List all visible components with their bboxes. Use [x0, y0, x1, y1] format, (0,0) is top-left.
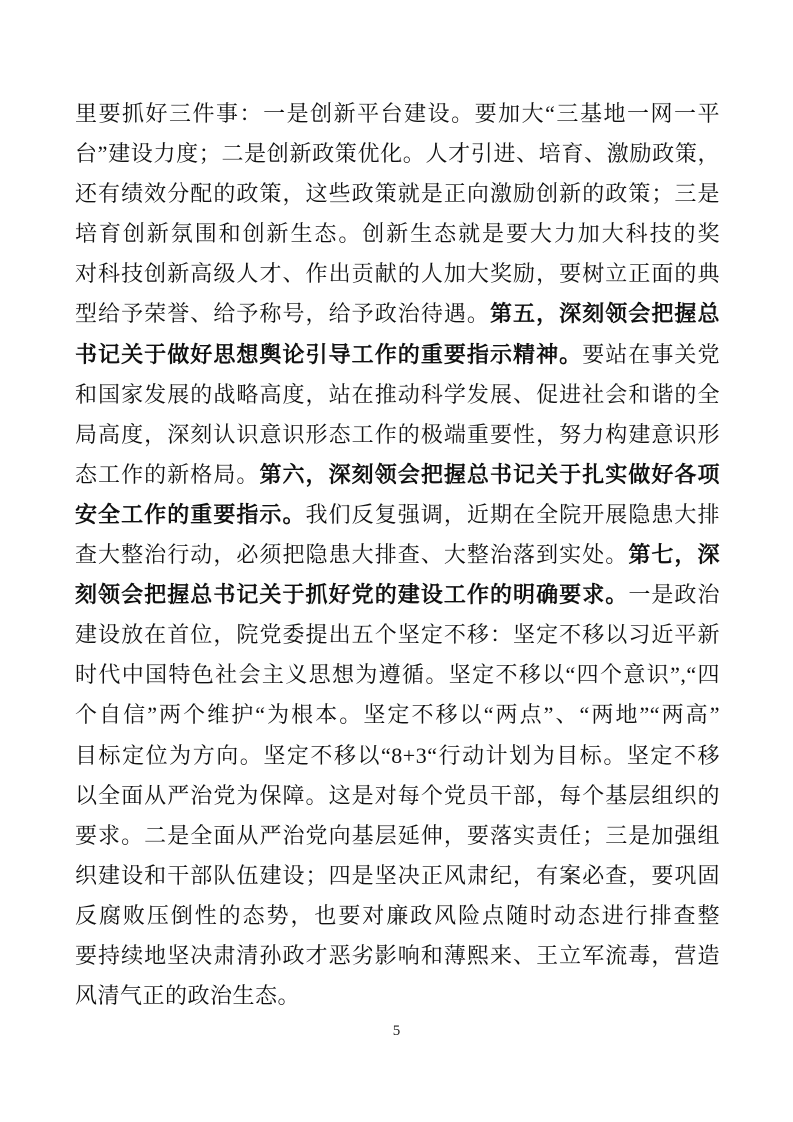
text-line: 里要抓好三件事：一是创新平台建设。要加大“三基地一网一平: [75, 94, 720, 134]
text-segment: 局高度，深刻认识意识形态工作的极端重要性，努力构建意识形: [75, 422, 720, 447]
text-segment: 一是政治: [628, 582, 720, 607]
text-line: 安全工作的重要指示。我们反复强调，近期在全院开展隐患大排: [75, 495, 720, 535]
text-segment: 建设放在首位，院党委提出五个坚定不移：坚定不移以习近平新: [75, 622, 720, 647]
document-page: 里要抓好三件事：一是创新平台建设。要加大“三基地一网一平台”建设力度；二是创新政…: [0, 0, 793, 1122]
text-line: 对科技创新高级人才、作出贡献的人加大奖励，要树立正面的典: [75, 254, 720, 294]
text-line: 要求。二是全面从严治党向基层延伸，要落实责任；三是加强组: [75, 816, 720, 856]
text-line: 目标定位为方向。坚定不移以“8+3“行动计划为目标。坚定不移: [75, 736, 720, 776]
text-segment: 我们反复强调，近期在全院开展隐患大排: [306, 502, 720, 527]
text-line: 建设放在首位，院党委提出五个坚定不移：坚定不移以习近平新: [75, 615, 720, 655]
text-line: 刻领会把握总书记关于抓好党的建设工作的明确要求。一是政治: [75, 575, 720, 615]
text-segment: 时代中国特色社会主义思想为遵循。坚定不移以“四个意识”,“四: [75, 662, 720, 687]
text-segment: 反腐败压倒性的态势，也要对廉政风险点随时动态进行排查整治，: [75, 903, 720, 936]
text-segment: 个自信”两个维护“为根本。坚定不移以“两点”、“两地”“两高”: [75, 702, 720, 727]
text-line: 态工作的新格局。第六，深刻领会把握总书记关于扎实做好各项: [75, 455, 720, 495]
text-segment: 和国家发展的战略高度，站在推动科学发展、促进社会和谐的全: [75, 382, 720, 407]
text-segment-bold: 书记关于做好思想舆论引导工作的重要指示精神。: [75, 342, 582, 367]
text-line: 台”建设力度；二是创新政策优化。人才引进、培育、激励政策，: [75, 134, 720, 174]
text-segment: 目标定位为方向。坚定不移以“8+3“行动计划为目标。坚定不移: [75, 743, 720, 768]
text-line: 反腐败压倒性的态势，也要对廉政风险点随时动态进行排查整治，: [75, 896, 720, 936]
text-segment: 以全面从严治党为保障。这是对每个党员干部，每个基层组织的: [75, 783, 720, 808]
page-number: 5: [393, 1023, 401, 1039]
text-line: 个自信”两个维护“为根本。坚定不移以“两点”、“两地”“两高”: [75, 695, 720, 735]
text-segment: 风清气正的政治生态。: [75, 983, 300, 1008]
text-segment: 要持续地坚决肃清孙政才恶劣影响和薄熙来、王立军流毒，营造: [75, 943, 720, 968]
text-segment: 里要抓好三件事：一是创新平台建设。要加大“三基地一网一平: [75, 101, 720, 126]
text-line: 要持续地坚决肃清孙政才恶劣影响和薄熙来、王立军流毒，营造: [75, 936, 720, 976]
text-segment: 要求。二是全面从严治党向基层延伸，要落实责任；三是加强组: [75, 823, 720, 848]
text-line: 风清气正的政治生态。: [75, 976, 720, 1016]
text-segment-bold: 刻领会把握总书记关于抓好党的建设工作的明确要求。: [75, 582, 628, 607]
text-segment: 型给予荣誉、给予称号，给予政治待遇。: [75, 301, 490, 326]
text-segment: 培育创新氛围和创新生态。创新生态就是要大力加大科技的奖励，: [75, 221, 720, 254]
text-line: 还有绩效分配的政策，这些政策就是正向激励创新的政策；三是: [75, 174, 720, 214]
text-line: 时代中国特色社会主义思想为遵循。坚定不移以“四个意识”,“四: [75, 655, 720, 695]
text-line: 培育创新氛围和创新生态。创新生态就是要大力加大科技的奖励，: [75, 214, 720, 254]
text-segment: 还有绩效分配的政策，这些政策就是正向激励创新的政策；三是: [75, 181, 720, 206]
text-segment-bold: 第六，深刻领会把握总书记关于扎实做好各项: [259, 462, 720, 487]
text-segment-bold: 安全工作的重要指示。: [75, 502, 306, 527]
text-line: 以全面从严治党为保障。这是对每个党员干部，每个基层组织的: [75, 776, 720, 816]
text-segment: 台”建设力度；二是创新政策优化。人才引进、培育、激励政策，: [75, 141, 720, 166]
text-segment-bold: 第七，深: [628, 542, 720, 567]
text-line: 型给予荣誉、给予称号，给予政治待遇。第五，深刻领会把握总: [75, 294, 720, 334]
page-footer: 5: [0, 1022, 793, 1040]
text-segment-bold: 第五，深刻领会把握总: [490, 301, 720, 326]
text-line: 和国家发展的战略高度，站在推动科学发展、促进社会和谐的全: [75, 375, 720, 415]
text-line: 书记关于做好思想舆论引导工作的重要指示精神。要站在事关党: [75, 335, 720, 375]
text-segment: 态工作的新格局。: [75, 462, 259, 487]
text-segment: 查大整治行动，必须把隐患大排查、大整治落到实处。: [75, 542, 628, 567]
text-segment: 织建设和干部队伍建设；四是坚决正风肃纪，有案必查，要巩固: [75, 863, 720, 888]
text-line: 局高度，深刻认识意识形态工作的极端重要性，努力构建意识形: [75, 415, 720, 455]
document-body: 里要抓好三件事：一是创新平台建设。要加大“三基地一网一平台”建设力度；二是创新政…: [75, 94, 720, 1016]
text-line: 查大整治行动，必须把隐患大排查、大整治落到实处。第七，深: [75, 535, 720, 575]
text-line: 织建设和干部队伍建设；四是坚决正风肃纪，有案必查，要巩固: [75, 856, 720, 896]
text-segment: 要站在事关党: [582, 342, 720, 367]
text-segment: 对科技创新高级人才、作出贡献的人加大奖励，要树立正面的典: [75, 261, 720, 286]
